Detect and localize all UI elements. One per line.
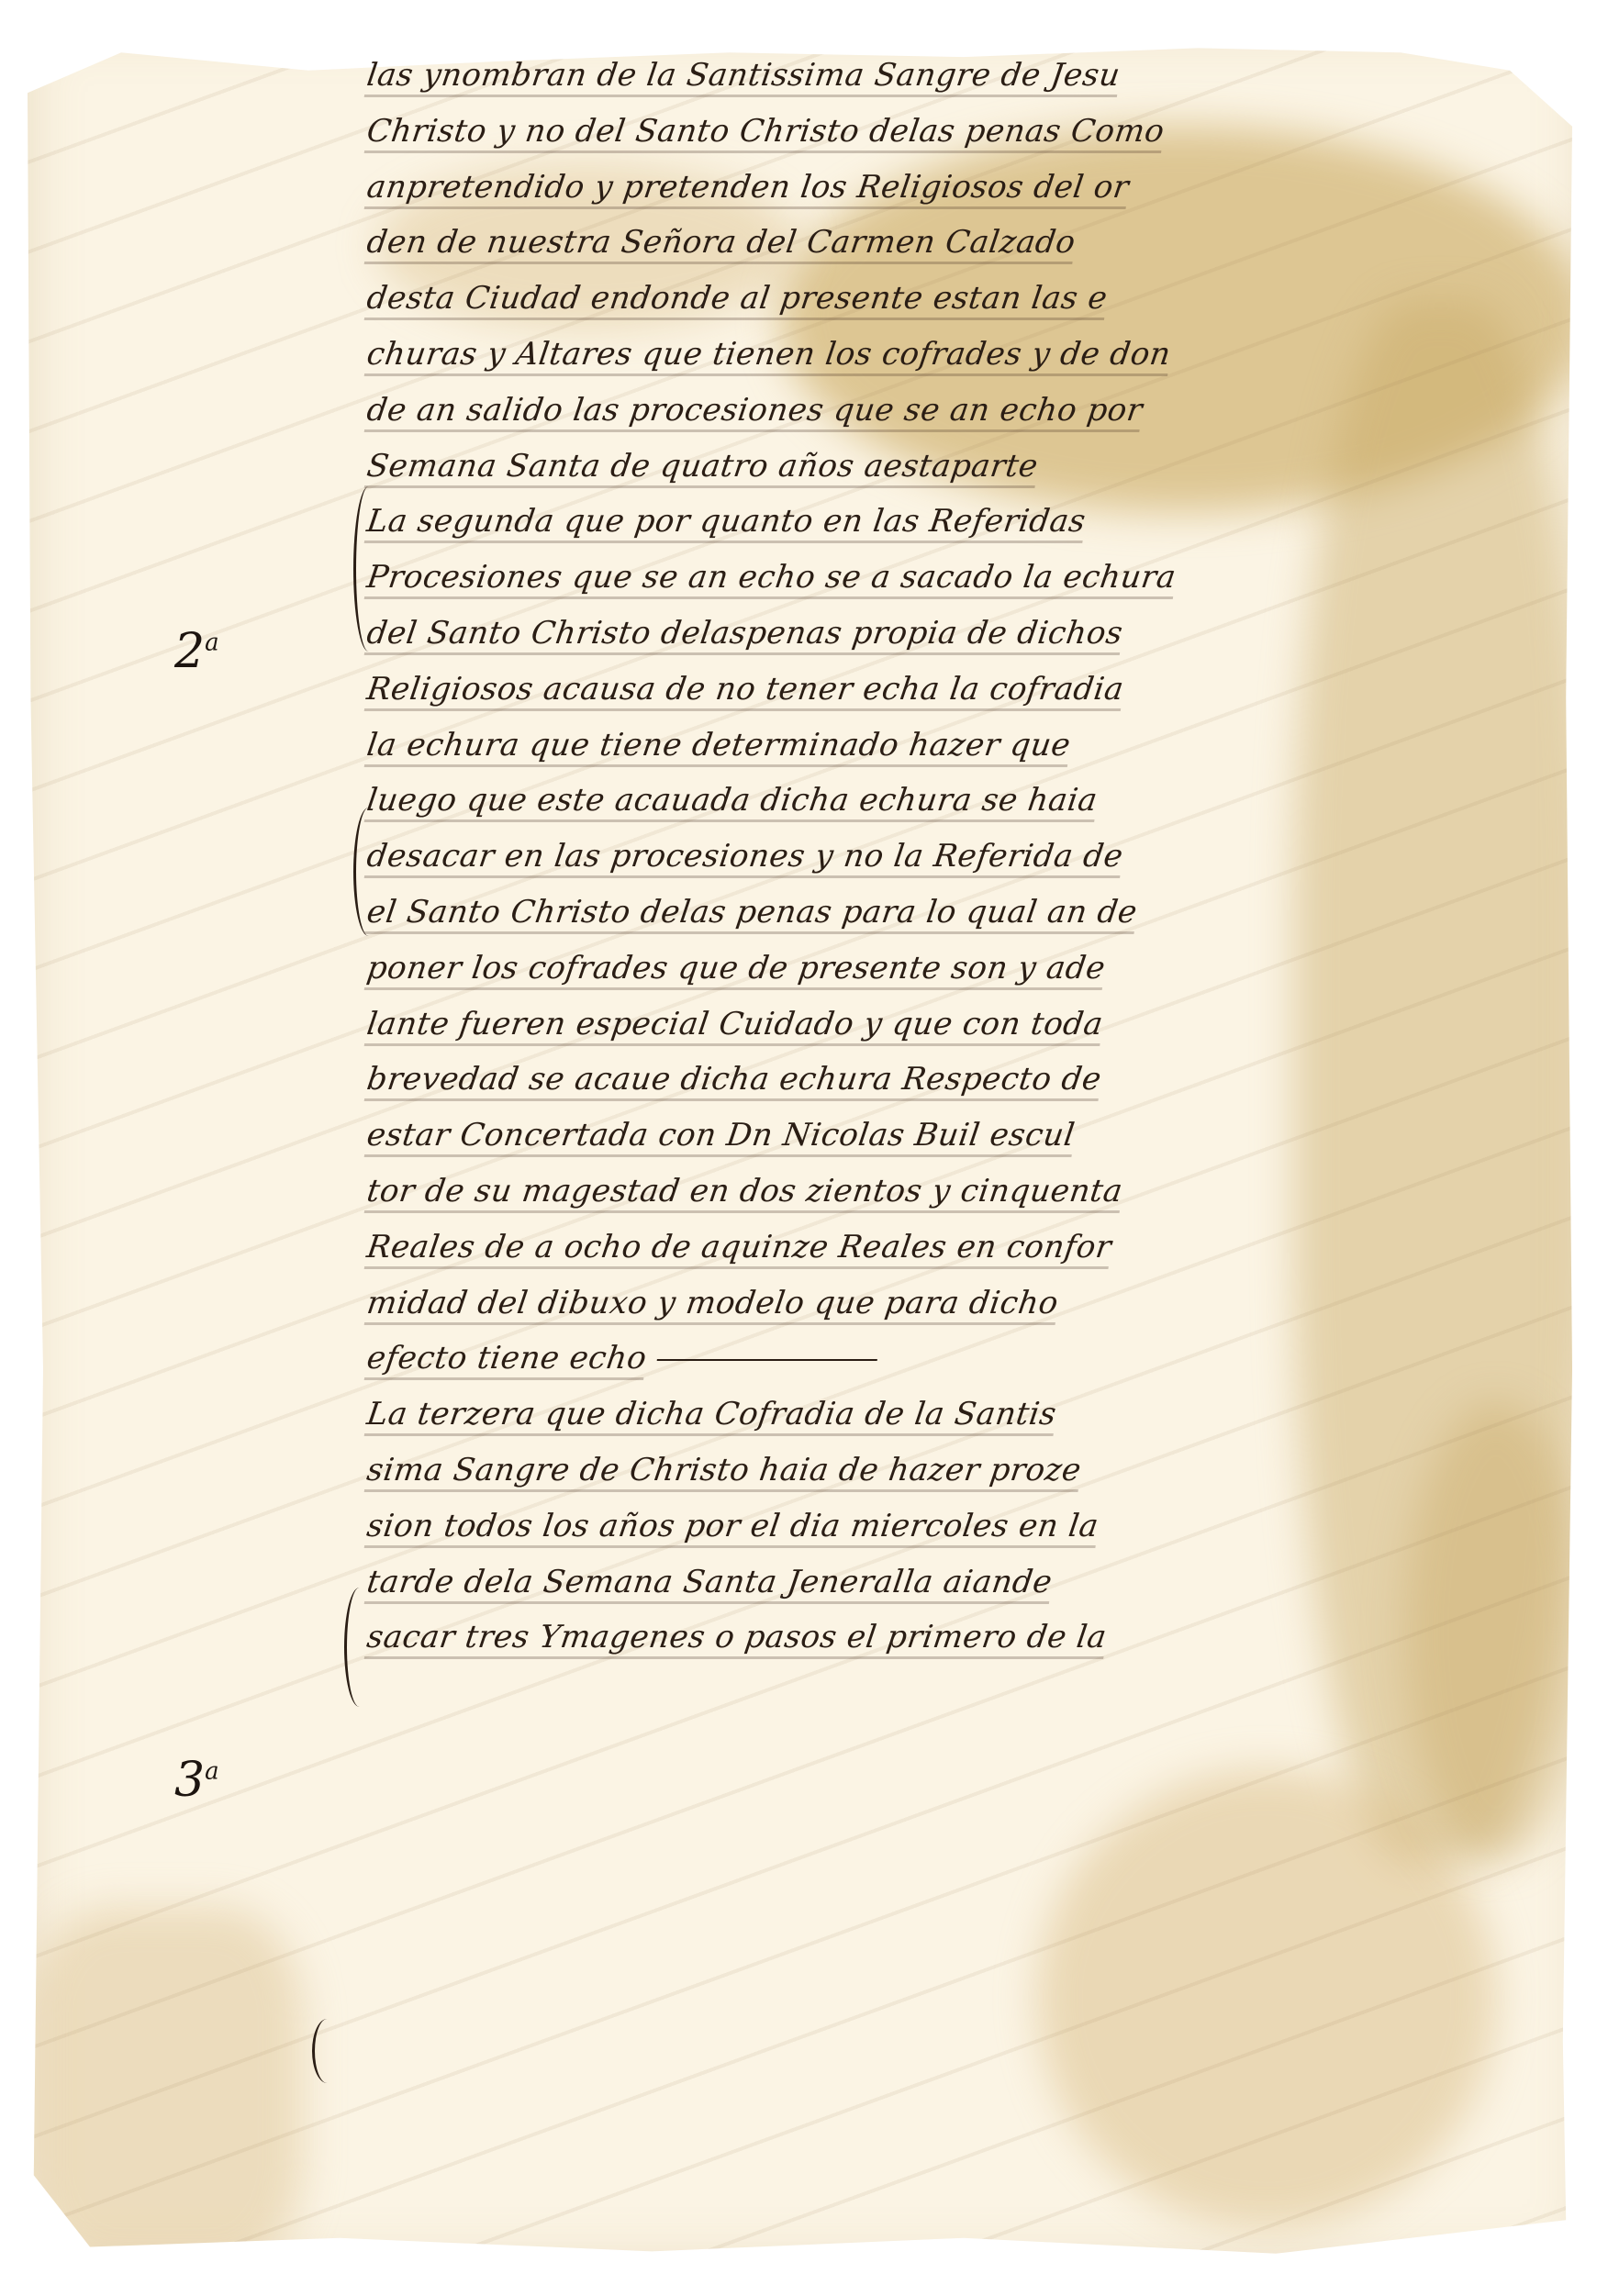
ordinal-suffix: a <box>205 1758 219 1786</box>
text-line: de an salido las procesiones que se an e… <box>363 383 1528 439</box>
text-line: Semana Santa de quatro años aestaparte <box>363 439 1528 495</box>
text-line: brevedad se acaue dicha echura Respecto … <box>363 1052 1528 1108</box>
text-line: el Santo Christo delas penas para lo qua… <box>363 885 1528 941</box>
text-line: las ynombran de la Santissima Sangre de … <box>363 48 1528 104</box>
text-line: Reales de a ocho de aquinze Reales en co… <box>363 1220 1528 1276</box>
text-line: la echura que tiene determinado hazer qu… <box>363 718 1528 774</box>
section-number-value: 3 <box>174 1753 205 1808</box>
text-line: tarde dela Semana Santa Jeneralla aiande <box>363 1555 1528 1611</box>
text-line: tor de su magestad en dos zientos y cinq… <box>363 1164 1528 1220</box>
text-line: del Santo Christo delaspenas propia de d… <box>363 606 1528 662</box>
text-line: estar Concertada con Dn Nicolas Buil esc… <box>363 1108 1528 1164</box>
text-line: sion todos los años por el dia miercoles… <box>363 1499 1528 1555</box>
text-line: sima Sangre de Christo haia de hazer pro… <box>363 1443 1528 1499</box>
text-line: anpretendido y pretenden los Religiosos … <box>363 160 1528 216</box>
text-line: sacar tres Ymagenes o pasos el primero d… <box>363 1610 1528 1666</box>
section-number-value: 2 <box>174 624 205 679</box>
section-number-2: 2a <box>174 624 219 679</box>
text-line: midad del dibuxo y modelo que para dicho <box>363 1276 1528 1332</box>
section-number-3: 3a <box>174 1753 219 1808</box>
text-line: luego que este acauada dicha echura se h… <box>363 773 1528 829</box>
text-line: den de nuestra Señora del Carmen Calzado <box>363 215 1528 271</box>
text-line: desacar en las procesiones y no la Refer… <box>363 829 1528 885</box>
text-line: Procesiones que se an echo se a sacado l… <box>363 550 1528 606</box>
text-line: Religiosos acausa de no tener echa la co… <box>363 662 1528 718</box>
margin-brace <box>312 2019 342 2083</box>
text-line: lante fueren especial Cuidado y que con … <box>363 997 1528 1053</box>
water-stain <box>1037 1769 1496 2228</box>
manuscript-text: las ynombran de la Santissima Sangre de … <box>367 48 1524 1666</box>
text-line: poner los cofrades que de presente son y… <box>363 941 1528 997</box>
text-line: La terzera que dicha Cofradia de la Sant… <box>363 1387 1528 1443</box>
text-line: desta Ciudad endonde al presente estan l… <box>363 271 1528 327</box>
text-line: La segunda que por quanto en las Referid… <box>363 494 1528 550</box>
text-line: Christo y no del Santo Christo delas pen… <box>363 104 1528 160</box>
text-line: efecto tiene echo <box>363 1331 1528 1387</box>
water-stain <box>28 1907 303 2274</box>
text-line: churas y Altares que tienen los cofrades… <box>363 327 1528 383</box>
ordinal-suffix: a <box>205 630 219 657</box>
